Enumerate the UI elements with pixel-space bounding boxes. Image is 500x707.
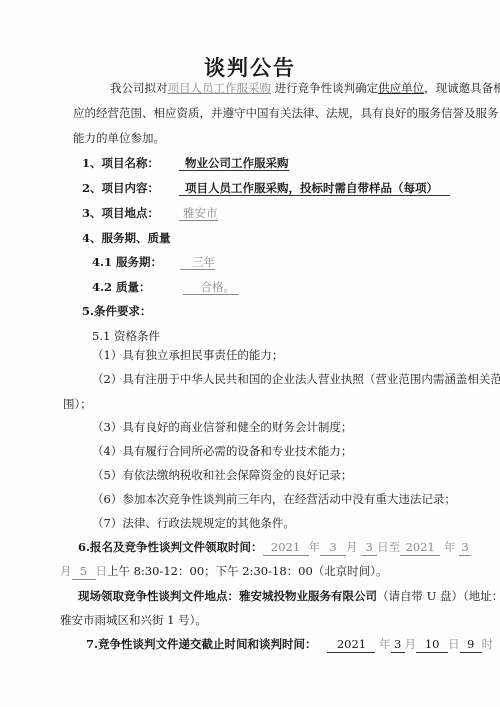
registration-label: 6.报名及竞争性谈判文件领取时间： (78, 540, 263, 554)
intro-line-3: 能力的单位参加。 (73, 130, 165, 146)
month-unit: 月 (346, 540, 358, 554)
deadline-month: 3 (391, 636, 405, 653)
day-unit: 日 (448, 637, 460, 651)
item-project-name: 1、项目名称： 物业公司工作服采购 (82, 155, 289, 171)
item-project-location: 3、项目地点： 雅安市 (82, 205, 218, 221)
item-service-period: 4.1 服务期： 三年 (92, 254, 215, 270)
conditions-heading: 5.条件要求： (82, 303, 152, 319)
year-unit: 年 (309, 540, 321, 554)
project-content-value: 项目人员工作服采购，投标时需自带样品（每项） (179, 181, 450, 196)
year-unit: 年 (379, 637, 391, 651)
condition-item: （5）有依法缴纳税收和社会保障资金的良好记录； (92, 467, 352, 483)
registration-start-year: 2021 (263, 539, 309, 556)
registration-time-line-2: 月5日上午 8:30-12：00；下午 2:30-18：00（北京时间）。 (60, 563, 388, 580)
condition-item-continued: 围）； (63, 396, 92, 412)
supplier-text: 供应单位 (378, 81, 424, 95)
day-unit: 日 (96, 564, 108, 578)
condition-item: （1）具有独立承担民事责任的能力； (92, 347, 283, 363)
registration-end-year: 2021 (400, 539, 440, 556)
pickup-company: 雅安城投物业服务有限公司 (239, 589, 377, 603)
pickup-location-line-1: 现场领取竞争性谈判文件地点：雅安城投物业服务有限公司（请自带 U 盘）（地址： (78, 588, 500, 604)
registration-end-month: 3 (459, 539, 471, 556)
project-name-value: 物业公司工作服采购 (179, 156, 289, 171)
day-to: 日至 (377, 540, 400, 554)
service-period-label: 4.1 服务期： (92, 255, 162, 269)
condition-item: （6）参加本次竞争性谈判前三年内，在经营活动中没有重大违法记录； (92, 491, 456, 507)
project-location-value: 雅安市 (179, 206, 218, 221)
deadline-day: 10 (416, 636, 448, 653)
pickup-address: 雅安市雨城区和兴街 1 号）。 (60, 612, 207, 628)
intro-line-1: 我公司拟对项目人员工作服采购 进行竞争性谈判确定供应单位，现诚邀具备相 (110, 80, 500, 96)
registration-hours: 上午 8:30-12：00；下午 2:30-18：00（北京时间）。 (107, 564, 388, 578)
registration-end-day: 5 (72, 563, 96, 580)
document-title: 谈判公告 (0, 52, 500, 82)
intro-suffix: ，现诚邀具备相 (424, 81, 500, 95)
deadline-label: 7.竞争性谈判文件递交截止时间和谈判时间： (86, 637, 317, 651)
quality-label: 4.2 质量： (92, 280, 151, 294)
hour-unit: 时 (482, 637, 494, 651)
condition-item: （2）具有注册于中华人民共和国的企业法人营业执照（营业范围内需涵盖相关范 (92, 371, 500, 387)
intro-prefix: 我公司拟对 (110, 81, 168, 95)
pickup-note: （请自带 U 盘）（地址： (377, 589, 500, 603)
year-unit: 年 (444, 540, 456, 554)
intro-line-2: 应的经营范围、相应资质，并遵守中国有关法律、法规，具有良好的服务信誉及服务 (73, 105, 499, 121)
condition-item: （4）具有履行合同所必需的设备和专业技术能力； (92, 443, 352, 459)
deadline-hour: 9 (460, 636, 482, 653)
service-period-value: 三年 (180, 255, 215, 270)
quality-value: 合格。 (183, 280, 240, 295)
registration-start-month: 3 (320, 539, 346, 556)
conditions-subheading: 5.1 资格条件 (92, 328, 160, 344)
item-project-content: 2、项目内容： 项目人员工作服采购，投标时需自带样品（每项） (82, 180, 450, 196)
registration-time-line-1: 6.报名及竞争性谈判文件领取时间：2021年3月 3日至2021 年 3 (78, 539, 471, 556)
registration-start-day: 3 (361, 539, 377, 556)
project-name-label: 1、项目名称： (82, 156, 159, 170)
month-unit: 月 (60, 564, 72, 578)
condition-item: （7）法律、行政法规规定的其他条件。 (92, 515, 295, 531)
condition-item: （3）具有良好的商业信誉和健全的财务会计制度； (92, 419, 352, 435)
deadline-year: 2021 (327, 636, 375, 653)
project-name-field: 项目人员工作服采购 (168, 81, 272, 95)
project-content-label: 2、项目内容： (82, 181, 159, 195)
item-service-quality: 4、服务期、质量 (82, 230, 171, 246)
deadline-line: 7.竞争性谈判文件递交截止时间和谈判时间： 2021 年3月10日9时 (86, 636, 493, 653)
pickup-label: 现场领取竞争性谈判文件地点： (78, 589, 239, 603)
project-location-label: 3、项目地点： (82, 206, 159, 220)
item-quality: 4.2 质量： 合格。 (92, 279, 239, 295)
month-unit: 月 (405, 637, 417, 651)
intro-middle: 进行竞争性谈判确定 (271, 81, 378, 95)
